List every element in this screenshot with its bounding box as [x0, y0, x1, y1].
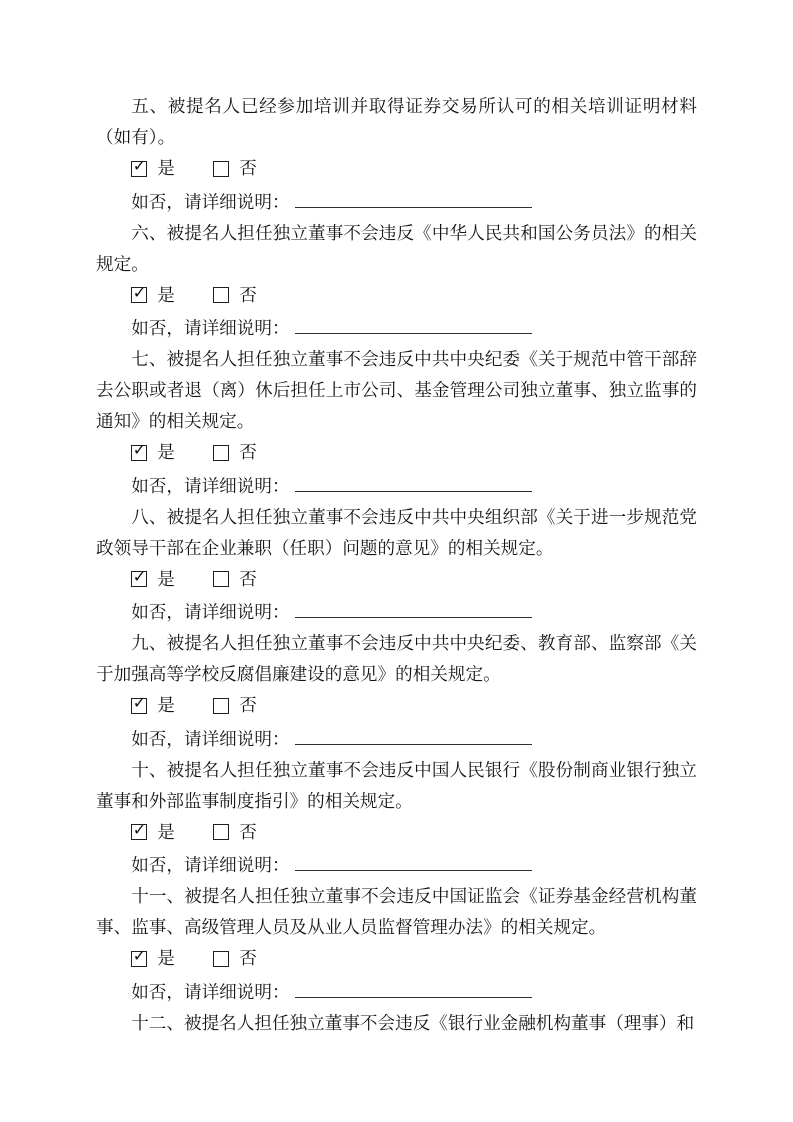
yes-label: 是	[157, 153, 175, 184]
no-checkbox[interactable]	[213, 824, 229, 840]
item-statement-text: 被提名人担任独立董事不会违反《银行业金融机构董事（理事）和	[184, 1013, 694, 1033]
checkbox-row: ✓ 是 否	[96, 437, 697, 471]
yes-label: 是	[157, 943, 175, 974]
item-number: 六、	[131, 223, 166, 243]
checkbox-row: ✓ 是 否	[96, 690, 697, 724]
check-icon: ✓	[133, 569, 146, 585]
checkbox-row: ✓ 是 否	[96, 817, 697, 851]
no-checkbox[interactable]	[213, 571, 229, 587]
yes-label: 是	[157, 817, 175, 848]
explain-blank-line[interactable]	[295, 314, 532, 334]
no-option[interactable]: 否	[213, 564, 257, 595]
explain-prompt: 如否，请详细说明：	[131, 192, 289, 212]
no-option[interactable]: 否	[213, 817, 257, 848]
item-statement: 十二、被提名人担任独立董事不会违反《银行业金融机构董事（理事）和	[96, 1008, 697, 1039]
item-number: 七、	[131, 349, 166, 369]
explain-blank-line[interactable]	[295, 977, 532, 997]
no-label: 否	[239, 280, 257, 311]
item-statement-text: 被提名人已经参加培训并取得证券交易所认可的相关培训证明材料（如有）。	[96, 96, 697, 147]
item-number: 九、	[131, 633, 166, 653]
declaration-item: 十、被提名人担任独立董事不会违反中国人民银行《股份制商业银行独立董事和外部监事制…	[96, 755, 697, 882]
yes-checkbox[interactable]: ✓	[131, 951, 147, 967]
yes-checkbox[interactable]: ✓	[131, 445, 147, 461]
check-icon: ✓	[133, 285, 146, 301]
explain-row: 如否，请详细说明：	[96, 724, 697, 755]
check-icon: ✓	[133, 948, 146, 964]
no-label: 否	[239, 817, 257, 848]
explain-row: 如否，请详细说明：	[96, 471, 697, 502]
no-option[interactable]: 否	[213, 153, 257, 184]
explain-row: 如否，请详细说明：	[96, 850, 697, 881]
yes-label: 是	[157, 564, 175, 595]
checkbox-row: ✓ 是 否	[96, 564, 697, 598]
explain-prompt: 如否，请详细说明：	[131, 855, 289, 875]
yes-checkbox[interactable]: ✓	[131, 287, 147, 303]
yes-option[interactable]: ✓ 是	[131, 817, 175, 848]
explain-prompt: 如否，请详细说明：	[131, 318, 289, 338]
yes-option[interactable]: ✓ 是	[131, 943, 175, 974]
no-label: 否	[239, 564, 257, 595]
item-number: 八、	[131, 507, 166, 527]
no-checkbox[interactable]	[213, 161, 229, 177]
item-statement: 七、被提名人担任独立董事不会违反中共中央纪委《关于规范中管干部辞去公职或者退（离…	[96, 344, 697, 437]
no-option[interactable]: 否	[213, 690, 257, 721]
item-statement-text: 被提名人担任独立董事不会违反中共中央纪委《关于规范中管干部辞去公职或者退（离）休…	[96, 349, 697, 431]
yes-option[interactable]: ✓ 是	[131, 690, 175, 721]
explain-row: 如否，请详细说明：	[96, 187, 697, 218]
no-label: 否	[239, 690, 257, 721]
check-icon: ✓	[133, 695, 146, 711]
yes-option[interactable]: ✓ 是	[131, 437, 175, 468]
no-checkbox[interactable]	[213, 951, 229, 967]
declaration-item: 五、被提名人已经参加培训并取得证券交易所认可的相关培训证明材料（如有）。 ✓ 是…	[96, 91, 697, 218]
check-icon: ✓	[133, 822, 146, 838]
item-statement: 八、被提名人担任独立董事不会违反中共中央组织部《关于进一步规范党政领导干部在企业…	[96, 502, 697, 564]
no-label: 否	[239, 153, 257, 184]
explain-blank-line[interactable]	[295, 471, 532, 491]
no-option[interactable]: 否	[213, 280, 257, 311]
explain-blank-line[interactable]	[295, 724, 532, 744]
checkbox-row: ✓ 是 否	[96, 280, 697, 314]
document-body: 五、被提名人已经参加培训并取得证券交易所认可的相关培训证明材料（如有）。 ✓ 是…	[96, 91, 697, 1039]
item-number: 十一、	[131, 886, 184, 906]
yes-option[interactable]: ✓ 是	[131, 153, 175, 184]
no-label: 否	[239, 943, 257, 974]
yes-checkbox[interactable]: ✓	[131, 698, 147, 714]
item-statement-text: 被提名人担任独立董事不会违反中国人民银行《股份制商业银行独立董事和外部监事制度指…	[96, 760, 697, 811]
yes-checkbox[interactable]: ✓	[131, 824, 147, 840]
item-number: 十二、	[131, 1013, 184, 1033]
explain-blank-line[interactable]	[295, 598, 532, 618]
no-checkbox[interactable]	[213, 698, 229, 714]
declaration-item: 七、被提名人担任独立董事不会违反中共中央纪委《关于规范中管干部辞去公职或者退（离…	[96, 344, 697, 502]
check-icon: ✓	[133, 158, 146, 174]
explain-row: 如否，请详细说明：	[96, 597, 697, 628]
checkbox-row: ✓ 是 否	[96, 943, 697, 977]
no-label: 否	[239, 437, 257, 468]
explain-prompt: 如否，请详细说明：	[131, 982, 289, 1002]
no-option[interactable]: 否	[213, 943, 257, 974]
yes-checkbox[interactable]: ✓	[131, 571, 147, 587]
declaration-item: 十一、被提名人担任独立董事不会违反中国证监会《证券基金经营机构董事、监事、高级管…	[96, 881, 697, 1008]
yes-label: 是	[157, 690, 175, 721]
explain-prompt: 如否，请详细说明：	[131, 729, 289, 749]
item-statement-text: 被提名人担任独立董事不会违反中共中央纪委、教育部、监察部《关于加强高等学校反腐倡…	[96, 633, 697, 684]
explain-blank-line[interactable]	[295, 187, 532, 207]
yes-checkbox[interactable]: ✓	[131, 161, 147, 177]
item-statement-text: 被提名人担任独立董事不会违反中共中央组织部《关于进一步规范党政领导干部在企业兼职…	[96, 507, 697, 558]
explain-prompt: 如否，请详细说明：	[131, 476, 289, 496]
check-icon: ✓	[133, 442, 146, 458]
yes-option[interactable]: ✓ 是	[131, 280, 175, 311]
item-statement: 九、被提名人担任独立董事不会违反中共中央纪委、教育部、监察部《关于加强高等学校反…	[96, 628, 697, 690]
item-statement: 十一、被提名人担任独立董事不会违反中国证监会《证券基金经营机构董事、监事、高级管…	[96, 881, 697, 943]
explain-blank-line[interactable]	[295, 851, 532, 871]
explain-row: 如否，请详细说明：	[96, 977, 697, 1008]
yes-label: 是	[157, 437, 175, 468]
item-statement: 五、被提名人已经参加培训并取得证券交易所认可的相关培训证明材料（如有）。	[96, 91, 697, 153]
item-statement: 十、被提名人担任独立董事不会违反中国人民银行《股份制商业银行独立董事和外部监事制…	[96, 755, 697, 817]
no-option[interactable]: 否	[213, 437, 257, 468]
item-statement-text: 被提名人担任独立董事不会违反中国证监会《证券基金经营机构董事、监事、高级管理人员…	[96, 886, 697, 937]
item-statement-text: 被提名人担任独立董事不会违反《中华人民共和国公务员法》的相关规定。	[96, 223, 697, 274]
yes-option[interactable]: ✓ 是	[131, 564, 175, 595]
declaration-item: 十二、被提名人担任独立董事不会违反《银行业金融机构董事（理事）和	[96, 1008, 697, 1039]
item-statement: 六、被提名人担任独立董事不会违反《中华人民共和国公务员法》的相关规定。	[96, 218, 697, 280]
yes-label: 是	[157, 280, 175, 311]
item-number: 十、	[131, 760, 166, 780]
declaration-item: 八、被提名人担任独立董事不会违反中共中央组织部《关于进一步规范党政领导干部在企业…	[96, 502, 697, 629]
no-checkbox[interactable]	[213, 287, 229, 303]
checkbox-row: ✓ 是 否	[96, 153, 697, 187]
explain-prompt: 如否，请详细说明：	[131, 602, 289, 622]
explain-row: 如否，请详细说明：	[96, 313, 697, 344]
declaration-item: 六、被提名人担任独立董事不会违反《中华人民共和国公务员法》的相关规定。 ✓ 是 …	[96, 218, 697, 345]
item-number: 五、	[131, 96, 168, 116]
declaration-item: 九、被提名人担任独立董事不会违反中共中央纪委、教育部、监察部《关于加强高等学校反…	[96, 628, 697, 755]
no-checkbox[interactable]	[213, 445, 229, 461]
document-page: 五、被提名人已经参加培训并取得证券交易所认可的相关培训证明材料（如有）。 ✓ 是…	[0, 0, 793, 1122]
